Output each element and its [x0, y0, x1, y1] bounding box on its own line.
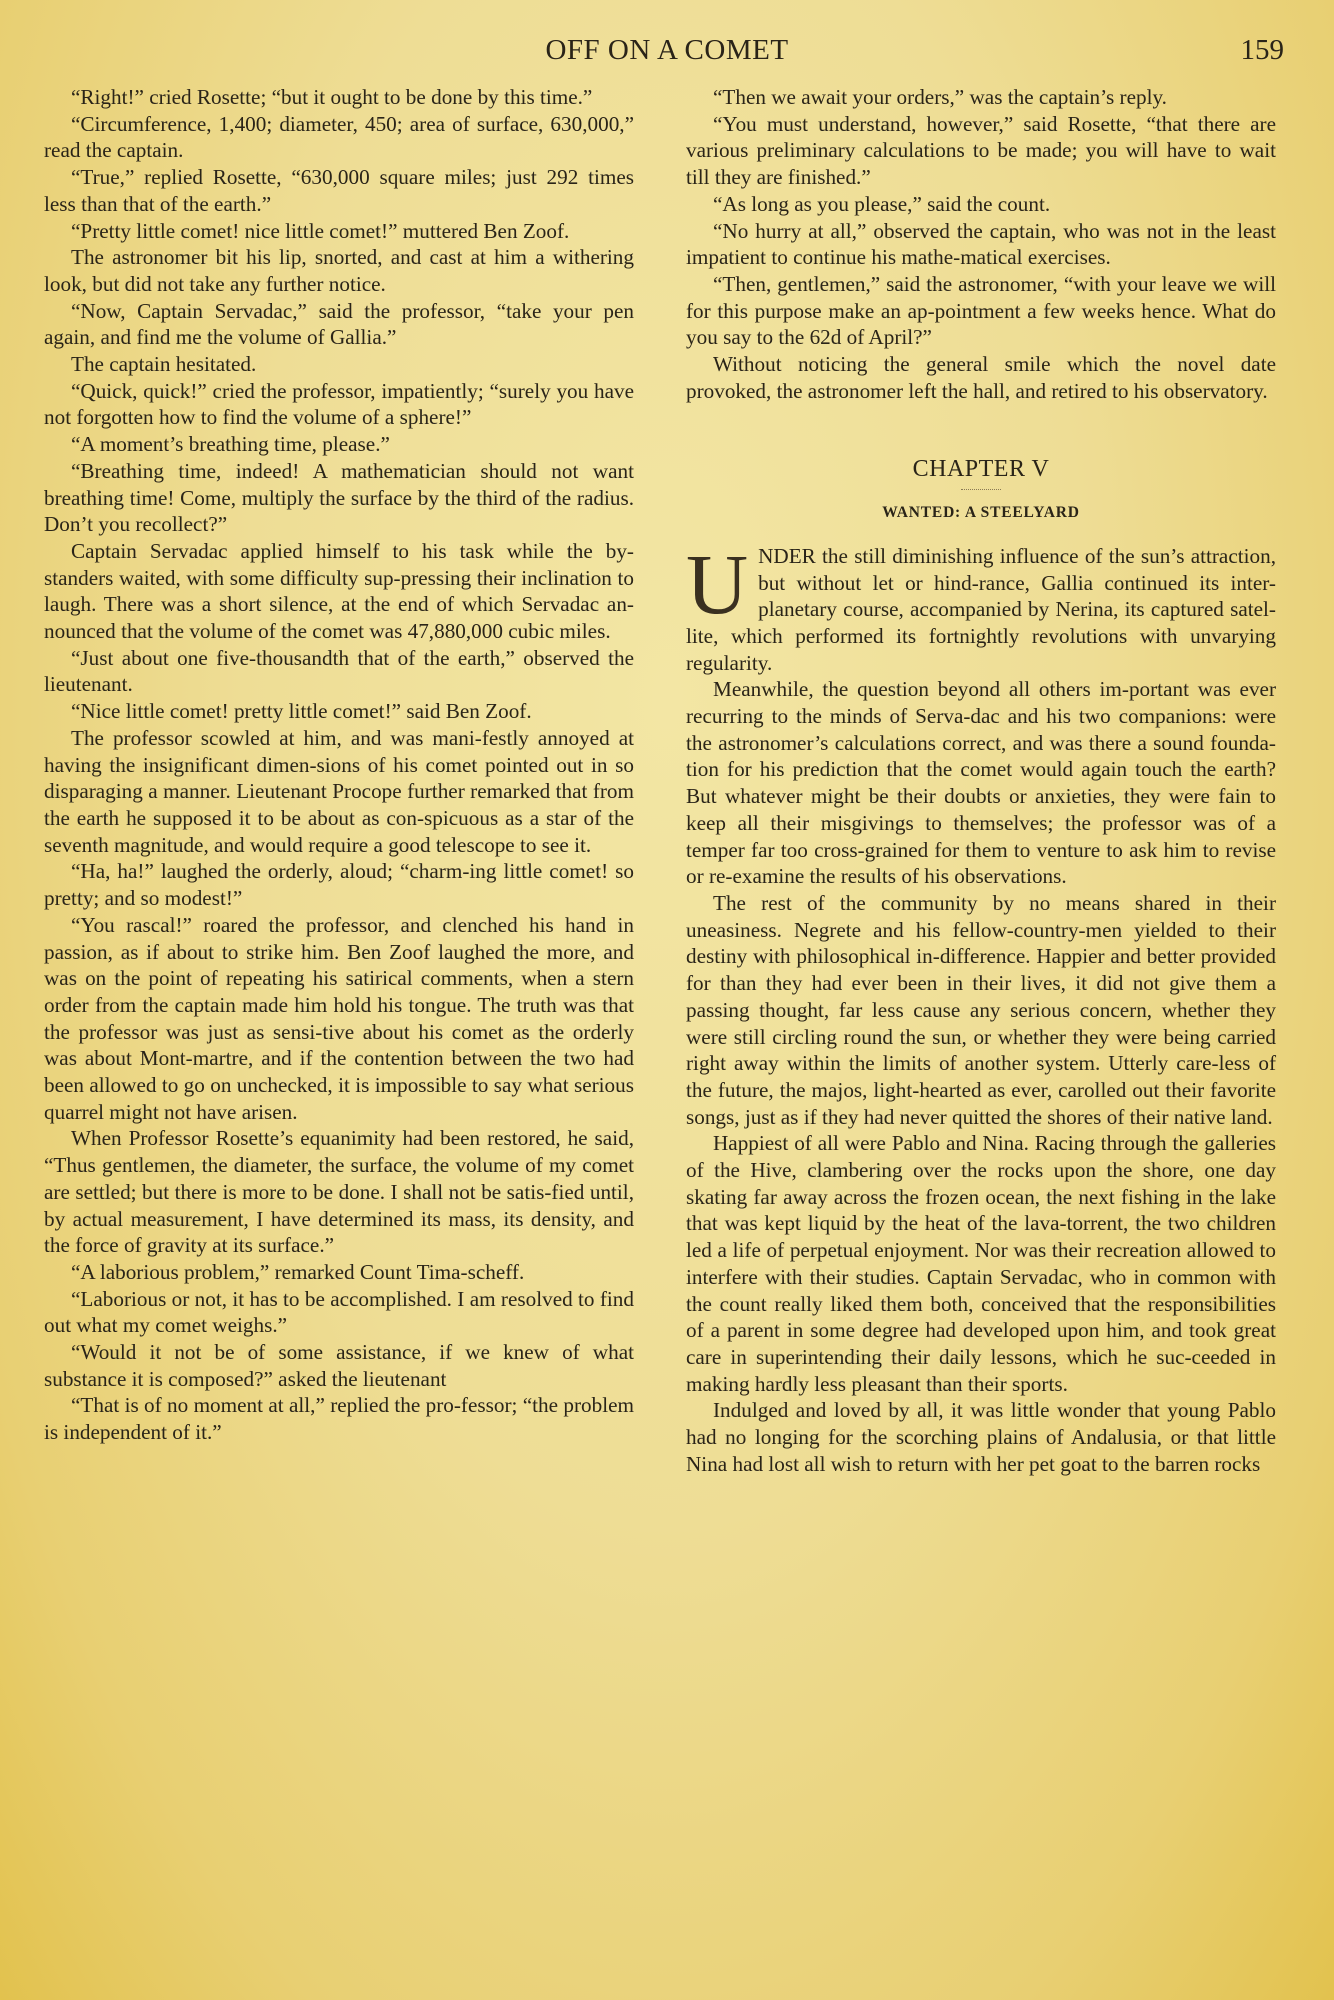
drop-cap: U [686, 549, 748, 619]
paragraph: Captain Servadac applied himself to his … [44, 538, 634, 645]
paragraph: “Quick, quick!” cried the professor, imp… [44, 378, 634, 431]
chapter-subtitle: WANTED: A STEELYARD [686, 500, 1276, 527]
paragraph: The captain hesitated. [44, 351, 634, 378]
paragraph: The professor scowled at him, and was ma… [44, 725, 634, 859]
paragraph: Without noticing the general smile which… [686, 351, 1276, 404]
page-number: 159 [1241, 34, 1285, 67]
paragraph: “You must understand, however,” said Ros… [686, 111, 1276, 191]
book-page: OFF ON A COMET 159 “Right!” cried Rosett… [0, 0, 1334, 2000]
paragraph: “Would it not be of some assistance, if … [44, 1339, 634, 1392]
paragraph: “Circumference, 1,400; diameter, 450; ar… [44, 111, 634, 164]
running-title: OFF ON A COMET [0, 34, 1334, 67]
paragraph: The rest of the community by no means sh… [686, 890, 1276, 1130]
left-column: “Right!” cried Rosette; “but it ought to… [44, 84, 634, 1446]
paragraph: “You rascal!” roared the professor, and … [44, 912, 634, 1126]
opening-text: NDER the still diminishing influence of … [686, 544, 1276, 675]
running-head: OFF ON A COMET 159 [0, 30, 1334, 74]
paragraph: “Now, Captain Servadac,” said the profes… [44, 298, 634, 351]
paragraph: “Nice little comet! pretty little comet!… [44, 698, 634, 725]
chapter-opening-paragraph: UNDER the still diminishing influence of… [686, 543, 1276, 677]
paragraph: “As long as you please,” said the count. [686, 191, 1276, 218]
chapter-heading: CHAPTER V [686, 456, 1276, 483]
paragraph: When Professor Rosette’s equanimity had … [44, 1125, 634, 1259]
paragraph: Meanwhile, the question beyond all other… [686, 676, 1276, 890]
paragraph: Indulged and loved by all, it was little… [686, 1397, 1276, 1477]
paragraph: “Just about one five-thousandth that of … [44, 645, 634, 698]
paragraph: “No hurry at all,” observed the captain,… [686, 218, 1276, 271]
paragraph: “True,” replied Rosette, “630,000 square… [44, 164, 634, 217]
paragraph: “That is of no moment at all,” replied t… [44, 1392, 634, 1445]
paragraph: “Pretty little comet! nice little comet!… [44, 218, 634, 245]
right-column: “Then we await your orders,” was the cap… [686, 84, 1276, 1477]
paragraph: “A moment’s breathing time, please.” [44, 431, 634, 458]
paragraph: “Ha, ha!” laughed the orderly, aloud; “c… [44, 858, 634, 911]
ornament-divider [961, 489, 1001, 492]
paragraph: The astronomer bit his lip, snorted, and… [44, 244, 634, 297]
paragraph: “A laborious problem,” remarked Count Ti… [44, 1259, 634, 1286]
paragraph: “Then, gentlemen,” said the astronomer, … [686, 271, 1276, 351]
paragraph: “Then we await your orders,” was the cap… [686, 84, 1276, 111]
paragraph: Happiest of all were Pablo and Nina. Rac… [686, 1130, 1276, 1397]
paragraph: “Right!” cried Rosette; “but it ought to… [44, 84, 634, 111]
paragraph: “Breathing time, indeed! A mathematician… [44, 458, 634, 538]
paragraph: “Laborious or not, it has to be accompli… [44, 1286, 634, 1339]
